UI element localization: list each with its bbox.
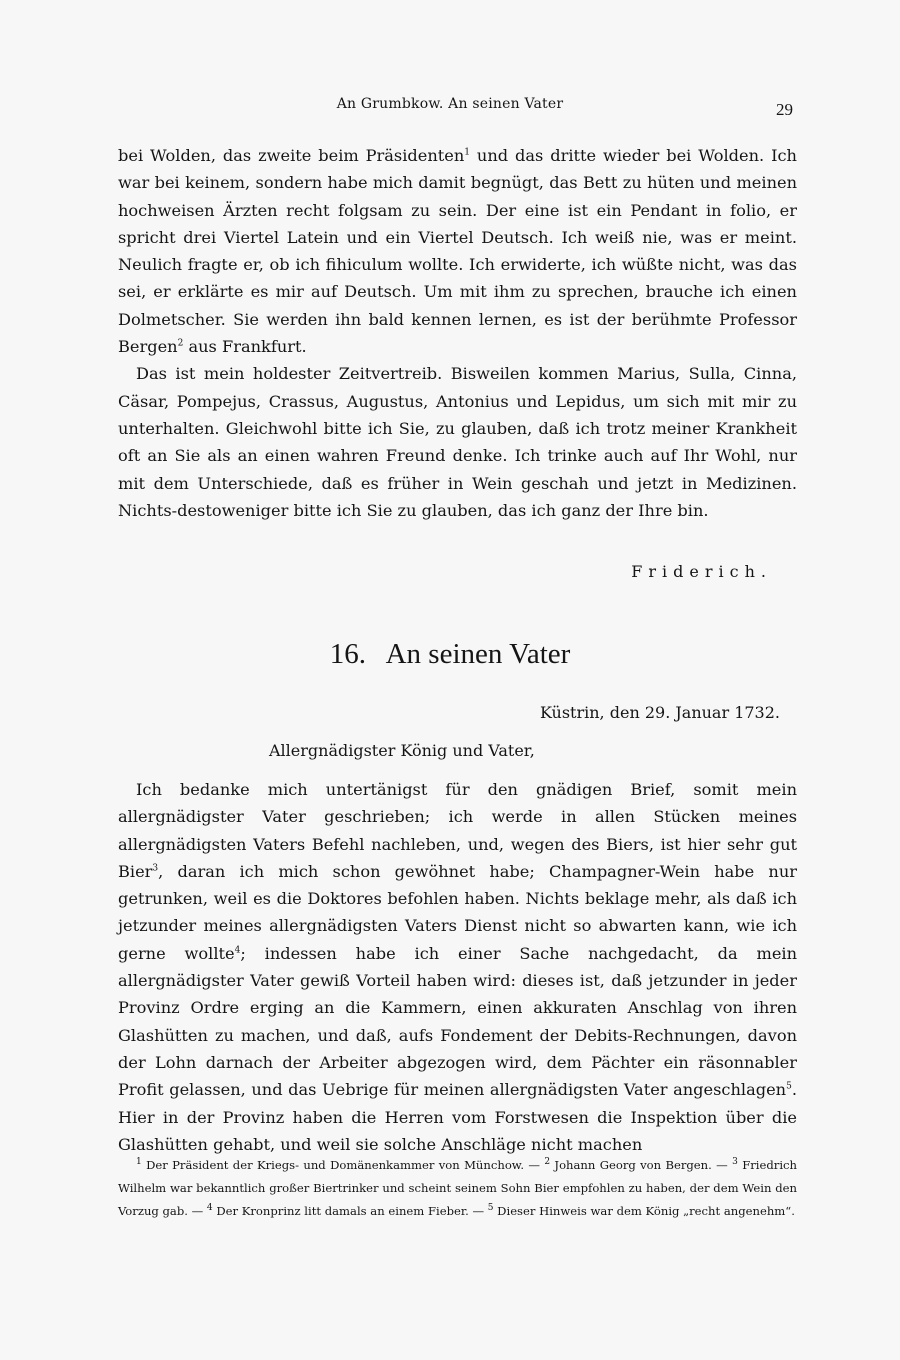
footnote-marker: 5 [786, 1082, 792, 1092]
footnote-marker: 1 [136, 1157, 142, 1167]
paragraph: Ich bedanke mich untertänigst für den gn… [118, 776, 797, 1158]
letter-continued-body: bei Wolden, das zweite beim Präsidenten1… [118, 142, 797, 524]
running-head: An Grumbkow. An seinen Vater [0, 96, 900, 112]
letter-body: Ich bedanke mich untertänigst für den gn… [118, 776, 797, 1158]
footnote-marker: 1 [464, 148, 470, 158]
footnote-marker: 4 [235, 945, 241, 955]
chapter-title: An seinen Vater [386, 638, 571, 670]
chapter-number: 16. [330, 638, 366, 670]
dateline: Küstrin, den 29. Januar 1732. [540, 703, 780, 722]
chapter-heading: 16. An seinen Vater [0, 638, 900, 671]
paragraph: bei Wolden, das zweite beim Präsidenten1… [118, 142, 797, 360]
footnote-marker: 2 [544, 1157, 550, 1167]
footnote-marker: 3 [152, 864, 158, 874]
footnotes: 1 Der Präsident der Kriegs- und Domänenk… [118, 1154, 797, 1222]
footnote-text: 1 Der Präsident der Kriegs- und Domänenk… [118, 1154, 797, 1222]
footnote-marker: 2 [178, 339, 184, 349]
paragraph: Das ist mein holdester Zeitvertreib. Bis… [118, 360, 797, 524]
footnote-marker: 3 [732, 1157, 738, 1167]
signature: Friderich. [631, 562, 772, 581]
book-page: An Grumbkow. An seinen Vater 29 bei Wold… [0, 0, 900, 1360]
page-number: 29 [776, 100, 793, 120]
salutation: Allergnädigster König und Vater, [269, 741, 535, 760]
footnote-marker: 5 [488, 1203, 494, 1213]
footnote-marker: 4 [207, 1203, 213, 1213]
